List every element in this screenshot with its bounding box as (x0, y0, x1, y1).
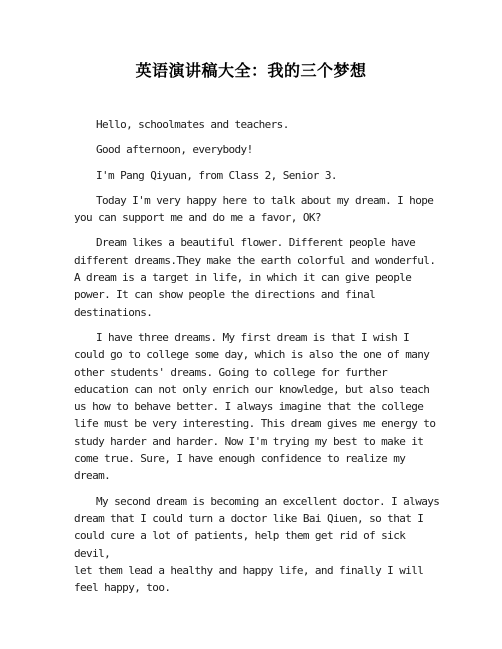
document-page: 英语演讲稿大全：我的三个梦想 Hello, schoolmates and te… (0, 0, 502, 649)
document-body: Hello, schoolmates and teachers. Good af… (74, 116, 446, 596)
paragraph-good-afternoon: Good afternoon, everybody! (74, 141, 446, 158)
paragraph-second-dream: My second dream is becoming an excellent… (74, 493, 446, 597)
paragraph-greeting: Hello, schoolmates and teachers. (74, 116, 446, 133)
paragraph-introduction: I'm Pang Qiyuan, from Class 2, Senior 3. (74, 167, 446, 184)
paragraph-opening: Today I'm very happy here to talk about … (74, 192, 446, 227)
paragraph-dream-flower: Dream likes a beautiful flower. Differen… (74, 234, 446, 320)
document-title: 英语演讲稿大全：我的三个梦想 (0, 60, 502, 82)
paragraph-first-dream: I have three dreams. My first dream is t… (74, 329, 446, 485)
